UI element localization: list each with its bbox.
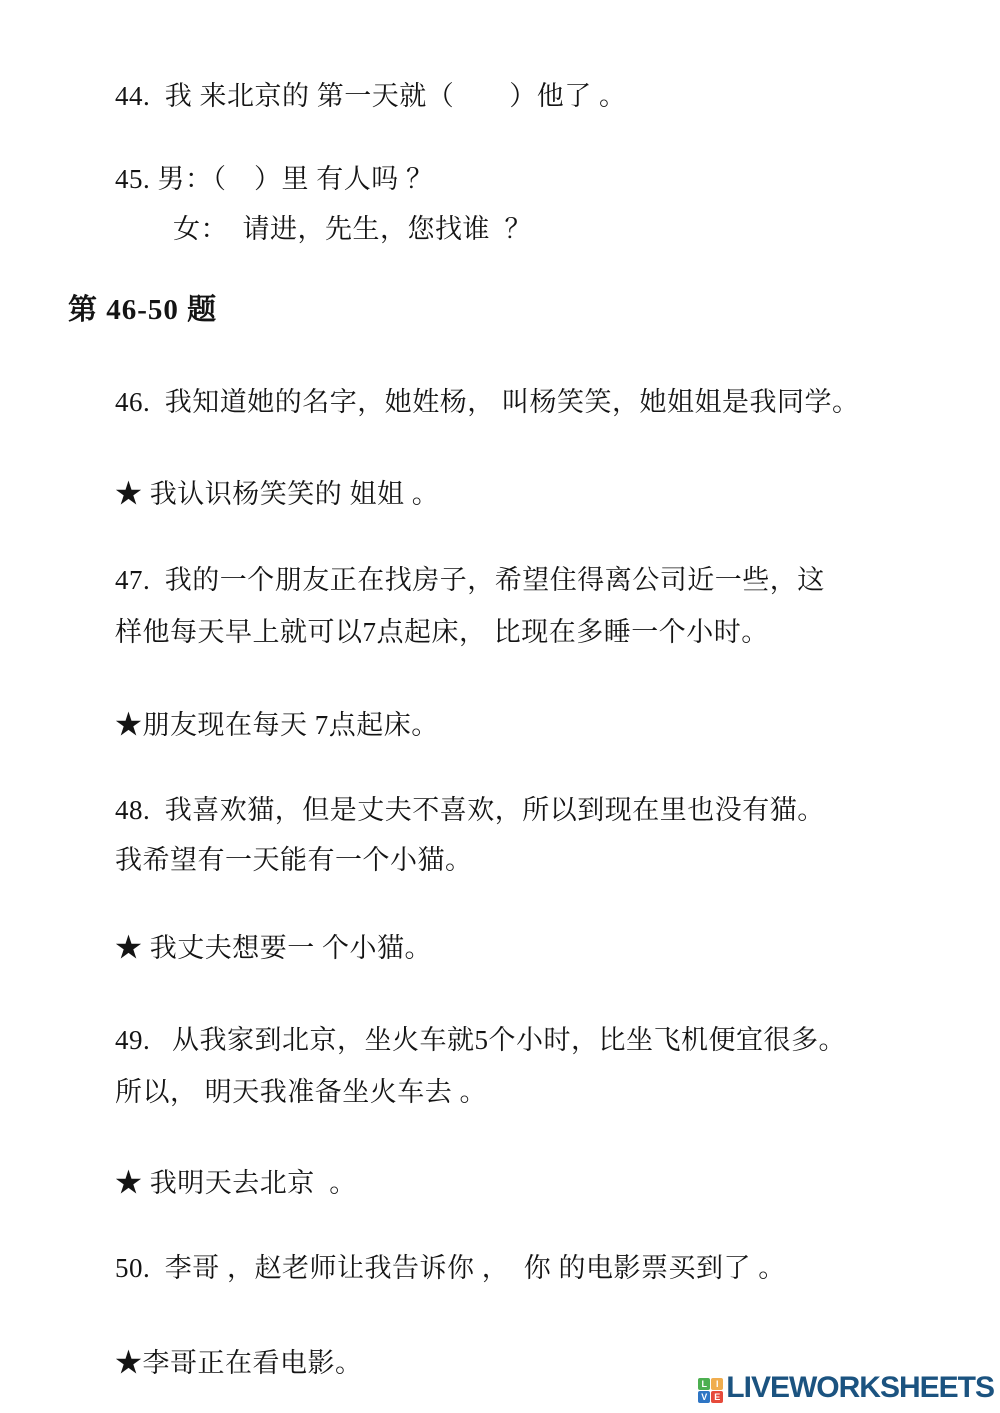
logo-tile-e: E bbox=[711, 1391, 723, 1403]
liveworksheets-wordmark: LIVEWORKSHEETS bbox=[726, 1373, 994, 1403]
question-49-line-1: 49. 从我家到北京，坐火车就5个小时，比坐飞机便宜很多。 bbox=[115, 1024, 846, 1058]
worksheet-page: 44. 我 来北京的 第一天就（ ）他了 。 45. 男：（ ）里 有人吗 ？ … bbox=[0, 0, 1000, 1413]
section-header: 第 46-50 题 bbox=[68, 292, 217, 328]
statement-48-star-line: ★ 我丈夫想要一 个小猫。 bbox=[115, 932, 432, 966]
question-49-line-2: 所以， 明天我准备坐火车去 。 bbox=[115, 1076, 487, 1110]
liveworksheets-grid-icon: L I V E bbox=[698, 1378, 723, 1403]
question-48-line-1: 48. 我喜欢猫，但是丈夫不喜欢，所以到现在里也没有猫。 bbox=[115, 794, 825, 828]
statement-50-star-line: ★李哥正在看电影。 bbox=[115, 1347, 363, 1381]
logo-tile-i: I bbox=[711, 1378, 723, 1390]
statement-47-star-line: ★朋友现在每天 7点起床。 bbox=[115, 709, 439, 743]
statement-49-star-line: ★ 我明天去北京 。 bbox=[115, 1167, 357, 1201]
question-48-line-2: 我希望有一天能有一个小猫。 bbox=[115, 844, 473, 878]
question-44-line: 44. 我 来北京的 第一天就（ ）他了 。 bbox=[115, 80, 627, 114]
liveworksheets-logo[interactable]: L I V E LIVEWORKSHEETS bbox=[698, 1372, 994, 1403]
question-45-female-line: 女： 请进，先生，您找谁 ？ bbox=[173, 213, 532, 247]
statement-46-star-line: ★ 我认识杨笑笑的 姐姐 。 bbox=[115, 478, 439, 512]
question-46-line: 46. 我知道她的名字，她姓杨， 叫杨笑笑，她姐姐是我同学。 bbox=[115, 386, 860, 420]
question-47-line-1: 47. 我的一个朋友正在找房子，希望住得离公司近一些，这 bbox=[115, 564, 825, 598]
question-47-line-2: 样他每天早上就可以7点起床， 比现在多睡一个小时。 bbox=[115, 616, 769, 650]
question-50-line: 50. 李哥 ，赵老师让我告诉你 ， 你 的电影票买到了 。 bbox=[115, 1252, 786, 1286]
question-45-male-line: 45. 男：（ ）里 有人吗 ？ bbox=[115, 163, 434, 197]
logo-tile-v: V bbox=[698, 1391, 710, 1403]
logo-tile-l: L bbox=[698, 1378, 710, 1390]
